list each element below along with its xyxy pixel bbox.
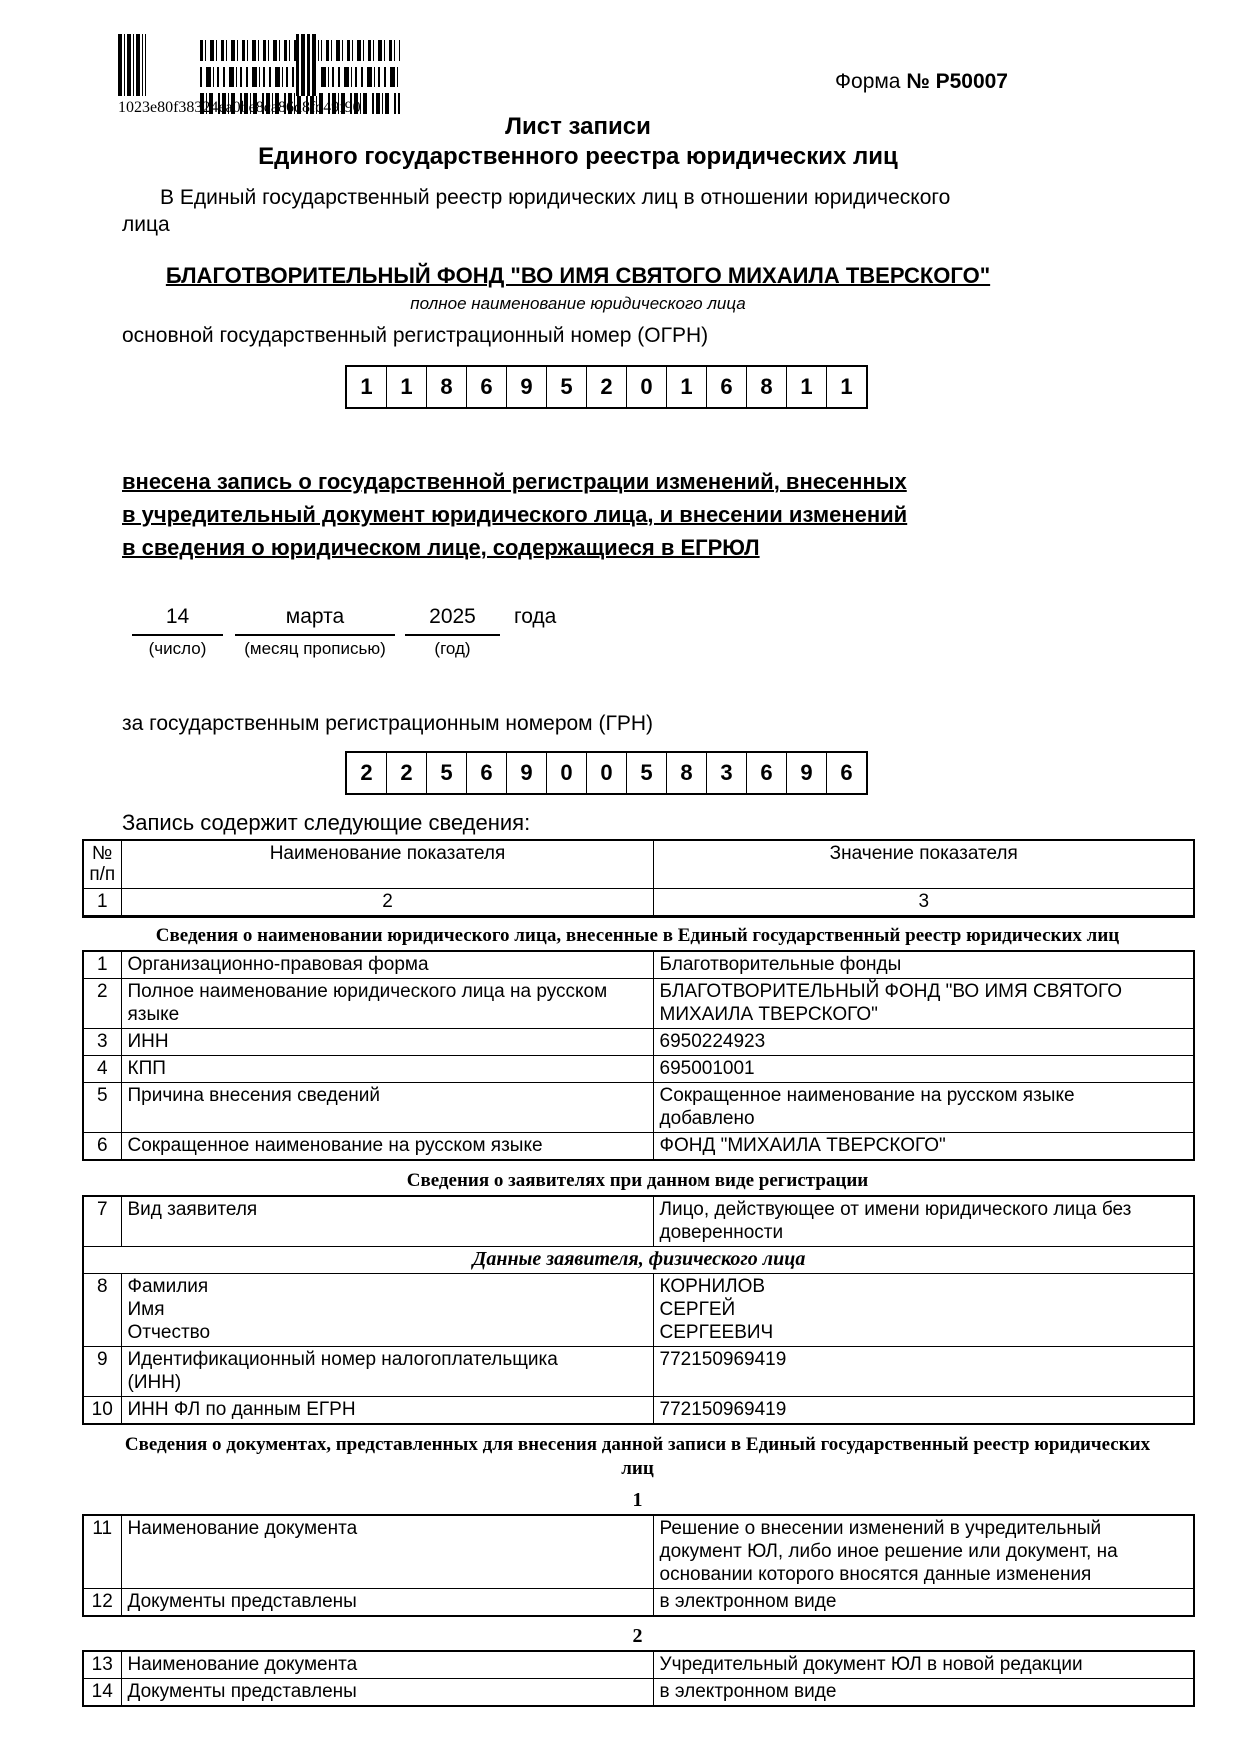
row-num: 3	[83, 1029, 121, 1056]
row-label: Сокращенное наименование на русском язык…	[121, 1133, 653, 1161]
row-value-line: основании которого вносятся данные измен…	[660, 1563, 1189, 1586]
date-month-caption: (месяц прописью)	[235, 636, 395, 660]
row-label: Идентификационный номер налогоплательщик…	[121, 1347, 653, 1397]
grn-digit: 2	[347, 753, 386, 793]
table-row: 11 Наименование документа Решение о внес…	[83, 1515, 1194, 1589]
form-number-label: Форма № Р50007	[835, 70, 1008, 94]
row-value-line: Решение о внесении изменений в учредител…	[660, 1517, 1189, 1540]
row-value: КОРНИЛОВ СЕРГЕЙ СЕРГЕЕВИЧ	[653, 1274, 1194, 1347]
table-row: 1 Организационно-правовая форма Благотво…	[83, 951, 1194, 979]
organization-name-caption: полное наименование юридического лица	[40, 293, 1116, 314]
barcode-caption: 1023e80f38324ea0be8ca86d8fd49f90	[118, 99, 361, 117]
row-value: Учредительный документ ЮЛ в новой редакц…	[653, 1651, 1194, 1679]
barcode-image	[118, 34, 318, 96]
barcode-band	[200, 40, 400, 61]
row-value: 695001001	[653, 1056, 1194, 1083]
row-num: 12	[83, 1589, 121, 1617]
row-num: 1	[83, 951, 121, 979]
grn-digit: 6	[746, 753, 786, 793]
date-day-slot: 14 (число)	[132, 604, 223, 660]
table-row: 9 Идентификационный номер налогоплательщ…	[83, 1347, 1194, 1397]
row-value-line: СЕРГЕЕВИЧ	[660, 1321, 1189, 1344]
row-label: Вид заявителя	[121, 1196, 653, 1247]
table-row: 13 Наименование документа Учредительный …	[83, 1651, 1194, 1679]
row-label: Фамилия Имя Отчество	[121, 1274, 653, 1347]
row-label: ИНН	[121, 1029, 653, 1056]
ogrn-digit: 8	[426, 367, 466, 407]
table-row: 2 Полное наименование юридического лица …	[83, 979, 1194, 1029]
document-group-index-2: 2	[82, 1624, 1193, 1648]
row-label: Наименование документа	[121, 1651, 653, 1679]
table-header-row: № п/п Наименование показателя Значение п…	[83, 840, 1194, 889]
table-row: 4 КПП 695001001	[83, 1056, 1194, 1083]
table-subheader-row: Данные заявителя, физического лица	[83, 1247, 1194, 1274]
section-title-documents-line1: Сведения о документах, представленных дл…	[82, 1433, 1193, 1457]
header-num-line2: п/п	[85, 864, 120, 885]
intro-paragraph: В Единый государственный реестр юридичес…	[122, 184, 988, 238]
row-label-line: языке	[128, 1003, 648, 1026]
row-num: 2	[83, 979, 121, 1029]
ogrn-digit: 1	[826, 367, 866, 407]
row-value: ФОНД "МИХАИЛА ТВЕРСКОГО"	[653, 1133, 1194, 1161]
row-value-line: добавлено	[660, 1107, 1189, 1130]
ogrn-label: основной государственный регистрационный…	[122, 322, 1240, 349]
row-num: 13	[83, 1651, 121, 1679]
statement-line: внесена запись о государственной регистр…	[122, 465, 1240, 498]
index-cell-3: 3	[653, 889, 1194, 917]
ogrn-digit: 6	[706, 367, 746, 407]
section-title-documents-line2: лиц	[82, 1457, 1193, 1481]
ogrn-digit: 0	[626, 367, 666, 407]
table-header-index-row: 1 2 3	[83, 889, 1194, 917]
ogrn-digit: 1	[666, 367, 706, 407]
grn-digit: 9	[506, 753, 546, 793]
document-page: 1023e80f38324ea0be8ca86d8fd49f90 Форма №…	[0, 0, 1240, 1753]
grn-digit: 3	[706, 753, 746, 793]
row-label-line: Идентификационный номер налогоплательщик…	[128, 1348, 648, 1371]
index-cell-2: 2	[121, 889, 653, 917]
statement-line: в учредительный документ юридического ли…	[122, 498, 1240, 531]
row-num: 7	[83, 1196, 121, 1247]
record-table-header: № п/п Наименование показателя Значение п…	[82, 839, 1195, 918]
grn-digit: 8	[666, 753, 706, 793]
row-label-line: Отчество	[128, 1321, 648, 1344]
date-year-caption: (год)	[405, 636, 500, 660]
date-day-value: 14	[132, 604, 223, 636]
ogrn-digit: 6	[466, 367, 506, 407]
row-num: 14	[83, 1679, 121, 1707]
header-cell-value: Значение показателя	[653, 840, 1194, 889]
document-title-line2: Единого государственного реестра юридиче…	[40, 142, 1116, 172]
section-title-org-name: Сведения о наименовании юридического лиц…	[82, 924, 1193, 948]
row-label: Наименование документа	[121, 1515, 653, 1589]
row-value-line: МИХАИЛА ТВЕРСКОГО"	[660, 1003, 1189, 1026]
grn-label: за государственным регистрационным номер…	[122, 710, 1240, 737]
row-num: 4	[83, 1056, 121, 1083]
row-value: 6950224923	[653, 1029, 1194, 1056]
form-number-value: № Р50007	[906, 70, 1008, 93]
grn-digit: 0	[546, 753, 586, 793]
grn-digit: 6	[826, 753, 866, 793]
grn-digit: 2	[386, 753, 426, 793]
section2-table: 7 Вид заявителя Лицо, действующее от име…	[82, 1195, 1195, 1425]
row-value-line: Лицо, действующее от имени юридического …	[660, 1198, 1189, 1221]
row-label-line: Полное наименование юридического лица на…	[128, 980, 648, 1003]
section3-table-group2: 13 Наименование документа Учредительный …	[82, 1650, 1195, 1707]
row-value: Решение о внесении изменений в учредител…	[653, 1515, 1194, 1589]
document-group-index-1: 1	[82, 1488, 1193, 1512]
row-value: 772150969419	[653, 1347, 1194, 1397]
header-num-line1: №	[85, 843, 120, 864]
ogrn-digit: 5	[546, 367, 586, 407]
row-label: КПП	[121, 1056, 653, 1083]
row-label: ИНН ФЛ по данным ЕГРН	[121, 1397, 653, 1425]
row-label: Документы представлены	[121, 1679, 653, 1707]
row-num: 8	[83, 1274, 121, 1347]
date-month-slot: марта (месяц прописью)	[235, 604, 395, 660]
table-row: 6 Сокращенное наименование на русском яз…	[83, 1133, 1194, 1161]
row-label: Полное наименование юридического лица на…	[121, 979, 653, 1029]
header-cell-num: № п/п	[83, 840, 121, 889]
row-value: 772150969419	[653, 1397, 1194, 1425]
statement-line: в сведения о юридическом лице, содержащи…	[122, 531, 1240, 564]
table-row: 5 Причина внесения сведений Сокращенное …	[83, 1083, 1194, 1133]
row-value: БЛАГОТВОРИТЕЛЬНЫЙ ФОНД "ВО ИМЯ СВЯТОГО М…	[653, 979, 1194, 1029]
row-num: 10	[83, 1397, 121, 1425]
row-value-line: СЕРГЕЙ	[660, 1298, 1189, 1321]
row-label: Причина внесения сведений	[121, 1083, 653, 1133]
row-num: 5	[83, 1083, 121, 1133]
row-value: Благотворительные фонды	[653, 951, 1194, 979]
table-row: 10 ИНН ФЛ по данным ЕГРН 772150969419	[83, 1397, 1194, 1425]
organization-name: БЛАГОТВОРИТЕЛЬНЫЙ ФОНД "ВО ИМЯ СВЯТОГО М…	[40, 262, 1116, 290]
row-value: в электронном виде	[653, 1589, 1194, 1617]
section3-table-group1: 11 Наименование документа Решение о внес…	[82, 1514, 1195, 1617]
row-value-line: БЛАГОТВОРИТЕЛЬНЫЙ ФОНД "ВО ИМЯ СВЯТОГО	[660, 980, 1189, 1003]
ogrn-digit: 9	[506, 367, 546, 407]
row-value: Лицо, действующее от имени юридического …	[653, 1196, 1194, 1247]
date-month-value: марта	[235, 604, 395, 636]
row-value-line: документ ЮЛ, либо иное решение или докум…	[660, 1540, 1189, 1563]
row-value-line: КОРНИЛОВ	[660, 1275, 1189, 1298]
registration-statement: внесена запись о государственной регистр…	[122, 465, 1240, 564]
row-num: 6	[83, 1133, 121, 1161]
date-year-value: 2025	[405, 604, 500, 636]
row-value-line: доверенности	[660, 1221, 1189, 1244]
ogrn-digit: 1	[786, 367, 826, 407]
row-num: 9	[83, 1347, 121, 1397]
index-cell-1: 1	[83, 889, 121, 917]
table-row: 12 Документы представлены в электронном …	[83, 1589, 1194, 1617]
barcode-band	[200, 67, 400, 88]
table-row: 14 Документы представлены в электронном …	[83, 1679, 1194, 1707]
record-intro: Запись содержит следующие сведения:	[122, 809, 1240, 837]
grn-digit: 6	[466, 753, 506, 793]
header-cell-name: Наименование показателя	[121, 840, 653, 889]
row-value: Сокращенное наименование на русском язык…	[653, 1083, 1194, 1133]
row-label-line: Фамилия	[128, 1275, 648, 1298]
section-title-applicants: Сведения о заявителях при данном виде ре…	[82, 1169, 1193, 1193]
row-label-line: (ИНН)	[128, 1371, 648, 1394]
ogrn-digit: 1	[347, 367, 386, 407]
table-row: 8 Фамилия Имя Отчество КОРНИЛОВ СЕРГЕЙ С…	[83, 1274, 1194, 1347]
section1-table: 1 Организационно-правовая форма Благотво…	[82, 950, 1195, 1161]
section-title-documents: Сведения о документах, представленных дл…	[82, 1433, 1193, 1481]
ogrn-digit-boxes: 1 1 8 6 9 5 2 0 1 6 8 1 1	[345, 365, 868, 409]
row-label: Документы представлены	[121, 1589, 653, 1617]
ogrn-digit: 1	[386, 367, 426, 407]
date-day-caption: (число)	[132, 636, 223, 660]
table-row: 7 Вид заявителя Лицо, действующее от име…	[83, 1196, 1194, 1247]
grn-digit: 9	[786, 753, 826, 793]
row-num: 11	[83, 1515, 121, 1589]
table-row: 3 ИНН 6950224923	[83, 1029, 1194, 1056]
row-value: в электронном виде	[653, 1679, 1194, 1707]
ogrn-digit: 2	[586, 367, 626, 407]
row-label-line: Имя	[128, 1298, 648, 1321]
grn-digit: 0	[586, 753, 626, 793]
row-label: Организационно-правовая форма	[121, 951, 653, 979]
grn-digit-boxes: 2 2 5 6 9 0 0 5 8 3 6 9 6	[345, 751, 868, 795]
grn-digit: 5	[626, 753, 666, 793]
date-year-slot: 2025 (год)	[405, 604, 500, 660]
grn-digit: 5	[426, 753, 466, 793]
registration-date: 14 (число) марта (месяц прописью) 2025 (…	[132, 604, 1240, 660]
applicant-data-subheader: Данные заявителя, физического лица	[83, 1247, 1194, 1274]
form-number-prefix: Форма	[835, 70, 900, 93]
ogrn-digit: 8	[746, 367, 786, 407]
date-suffix: года	[514, 604, 556, 630]
row-value-line: Сокращенное наименование на русском язык…	[660, 1084, 1189, 1107]
